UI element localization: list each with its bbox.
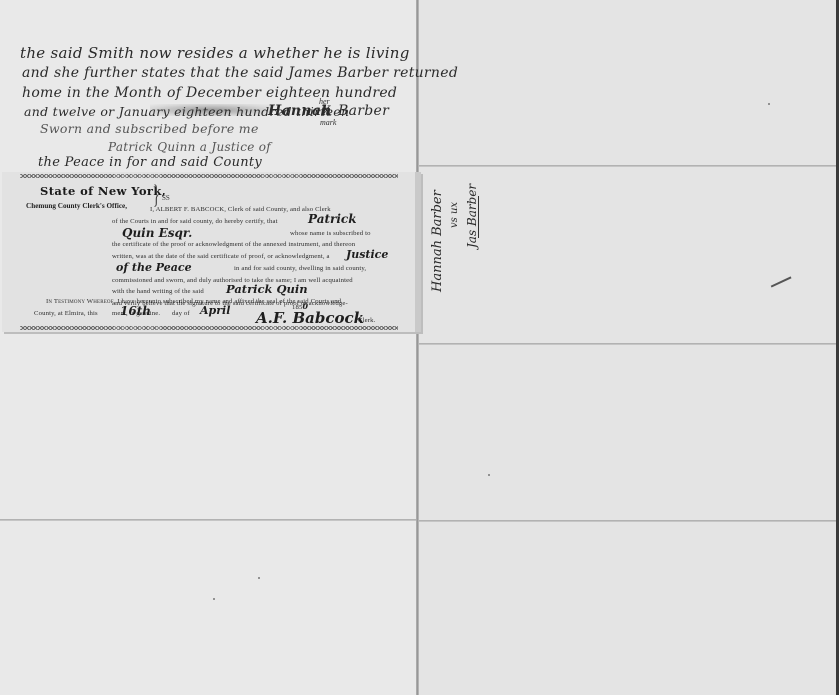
paper-speck xyxy=(488,474,490,476)
certificate-line: the certificate of the proof or acknowle… xyxy=(112,241,355,248)
fold-crease xyxy=(419,165,836,167)
certificate-line: with the hand writing of the said xyxy=(112,288,204,295)
decorative-border-bottom xyxy=(20,326,398,330)
clerk-label: Clerk. xyxy=(358,317,375,324)
signature-mark-label: mark xyxy=(320,118,336,127)
endorsement-underline xyxy=(478,196,479,238)
endorsement-plaintiff: Hannah Barber xyxy=(430,190,445,292)
certificate-line: in and for said county, dwelling in said… xyxy=(234,265,366,272)
paper-speck xyxy=(213,598,215,600)
signature-surname: Barber xyxy=(338,103,389,119)
filled-office-first: Justice xyxy=(346,248,388,261)
fold-crease xyxy=(0,519,416,521)
filled-office-last: of the Peace xyxy=(116,261,192,274)
signature-mark-cross: X xyxy=(322,104,331,119)
day-of-label: day of xyxy=(172,310,190,317)
paper-speck xyxy=(258,577,260,579)
filled-handwriting-name: Patrick Quin xyxy=(226,282,308,296)
certificate-state: State of New York, xyxy=(40,184,166,198)
certificate-line: I, ALBERT F. BABCOCK, Clerk of said Coun… xyxy=(150,206,331,213)
dated-prefix: County, at Elmira, this xyxy=(34,310,98,317)
clerk-signature: A.F. Babcock xyxy=(256,309,364,327)
endorsement-defendant: Jas Barber xyxy=(465,184,479,248)
filled-name-first: Patrick xyxy=(308,212,357,226)
certificate-line: of the Courts in and for said county, do… xyxy=(112,218,278,225)
testimony-lead: In Testimony Whereof, xyxy=(46,298,115,305)
filled-month: April xyxy=(200,304,230,317)
fold-crease xyxy=(419,343,836,345)
right-page xyxy=(419,0,836,695)
certificate-line: whose name is subscribed to xyxy=(290,230,371,237)
filled-name-last: Quin Esqr. xyxy=(122,226,192,240)
decorative-border-top xyxy=(20,174,398,178)
certificate-ss: SS xyxy=(162,194,170,202)
center-fold xyxy=(416,0,419,695)
paper-speck xyxy=(768,103,770,105)
jurat-closing: the Peace in for and said County xyxy=(38,155,262,170)
brace-icon: } xyxy=(153,182,159,208)
affidavit-line: home in the Month of December eighteen h… xyxy=(22,85,397,101)
certificate-office: Chemung County Clerk's Office, xyxy=(26,202,127,210)
affidavit-line: and she further states that the said Jam… xyxy=(22,65,458,81)
affidavit-line: the said Smith now resides a whether he … xyxy=(20,44,410,62)
filled-day: 16th xyxy=(120,304,151,318)
fold-crease xyxy=(419,520,836,522)
document-scan: the said Smith now resides a whether he … xyxy=(0,0,839,695)
jurat-signer: Patrick Quinn a Justice of xyxy=(108,140,271,154)
endorsement-vs: vs ux xyxy=(449,202,460,228)
jurat-line: Sworn and subscribed before me xyxy=(40,121,259,136)
certificate-line: written, was at the date of the said cer… xyxy=(112,253,330,260)
